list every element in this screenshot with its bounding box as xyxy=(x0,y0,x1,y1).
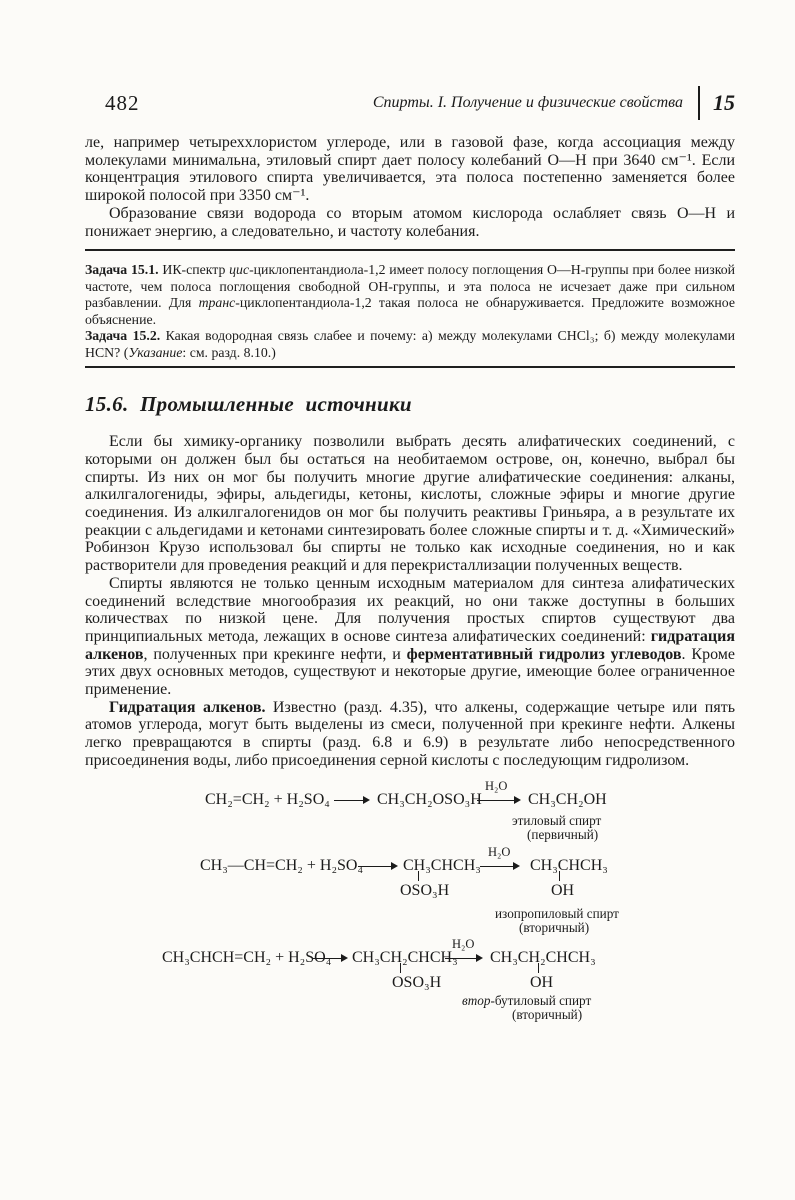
equation-3-intermediate: CH₃CH₂CHCH₃ xyxy=(352,950,458,966)
problem-15-2: Задача 15.2. Какая водородная связь слаб… xyxy=(85,328,735,361)
header-divider xyxy=(698,86,700,120)
paragraph-continuation: ле, например четыреххлористом углероде, … xyxy=(85,134,735,205)
reaction-arrow xyxy=(334,800,368,802)
section-heading: 15.6. Промышленные источники xyxy=(85,392,735,417)
equation-2-product-group: OH xyxy=(551,883,574,899)
bond-line xyxy=(538,963,539,973)
product-name-label: изопропиловый спирт xyxy=(495,907,619,921)
product-name-label: этиловый спирт xyxy=(512,814,601,828)
bond-line xyxy=(418,871,419,881)
equation-3-reagents: CH₃CHCH=CH₂ + H₂SO₄ xyxy=(162,950,331,966)
problem-15-1: Задача 15.1. ИК-спектр цис-циклопентанди… xyxy=(85,262,735,328)
arrow-condition-water: H₂O xyxy=(485,780,507,793)
running-head: Спирты. I. Получение и физические свойст… xyxy=(373,86,735,120)
running-title: Спирты. I. Получение и физические свойст… xyxy=(373,94,683,112)
equation-1-intermediate: CH₃CH₂OSO₃H xyxy=(377,792,482,808)
book-page: 482 Спирты. I. Получение и физические св… xyxy=(0,0,795,1200)
paragraph-hydrogen-bond: Образование связи водорода со вторым ато… xyxy=(85,205,735,240)
arrow-condition-water: H₂O xyxy=(452,938,474,951)
product-name-label: втор-бутиловый спирт xyxy=(462,994,591,1008)
equation-3-product-group: OH xyxy=(530,975,553,991)
horizontal-rule-bottom xyxy=(85,366,735,368)
equation-3-intermediate-group: OSO₃H xyxy=(392,975,441,991)
equation-2-reagents: CH₃—CH=CH₂ + H₂SO₄ xyxy=(200,858,363,874)
equation-2-intermediate-group: OSO₃H xyxy=(400,883,449,899)
equation-1-reagents: CH₂=CH₂ + H₂SO₄ xyxy=(205,792,330,808)
reaction-arrow xyxy=(358,866,396,868)
bond-line xyxy=(400,963,401,973)
paragraph-robinson-crusoe: Если бы химику-органику позволили выбрат… xyxy=(85,433,735,575)
reaction-arrow xyxy=(312,958,346,960)
reaction-arrow xyxy=(445,958,481,960)
horizontal-rule-top xyxy=(85,249,735,251)
paragraph-alkene-hydration: Гидратация алкенов. Известно (разд. 4.35… xyxy=(85,699,735,770)
product-class-label: (вторичный) xyxy=(519,921,589,935)
chapter-number: 15 xyxy=(713,90,735,116)
product-class-label: (вторичный) xyxy=(512,1008,582,1022)
equation-2-product: CH₃CHCH₃ xyxy=(530,858,608,874)
page-header: 482 Спирты. I. Получение и физические св… xyxy=(85,84,735,122)
product-class-label: (первичный) xyxy=(527,828,598,842)
page-number: 482 xyxy=(85,91,140,116)
equation-1-product: CH₃CH₂OH xyxy=(528,792,607,808)
reaction-arrow xyxy=(477,800,519,802)
paragraph-two-methods: Спирты являются не только ценным исходны… xyxy=(85,575,735,699)
bond-line xyxy=(559,871,560,881)
equation-2-intermediate: CH₃CHCH₃ xyxy=(403,858,481,874)
equation-3-product: CH₃CH₂CHCH₃ xyxy=(490,950,596,966)
problems-block: Задача 15.1. ИК-спектр цис-циклопентанди… xyxy=(85,262,735,361)
reaction-equations: CH₂=CH₂ + H₂SO₄ CH₃CH₂OSO₃H H₂O CH₃CH₂OH… xyxy=(0,778,795,1078)
arrow-condition-water: H₂O xyxy=(488,846,510,859)
reaction-arrow xyxy=(480,866,518,868)
